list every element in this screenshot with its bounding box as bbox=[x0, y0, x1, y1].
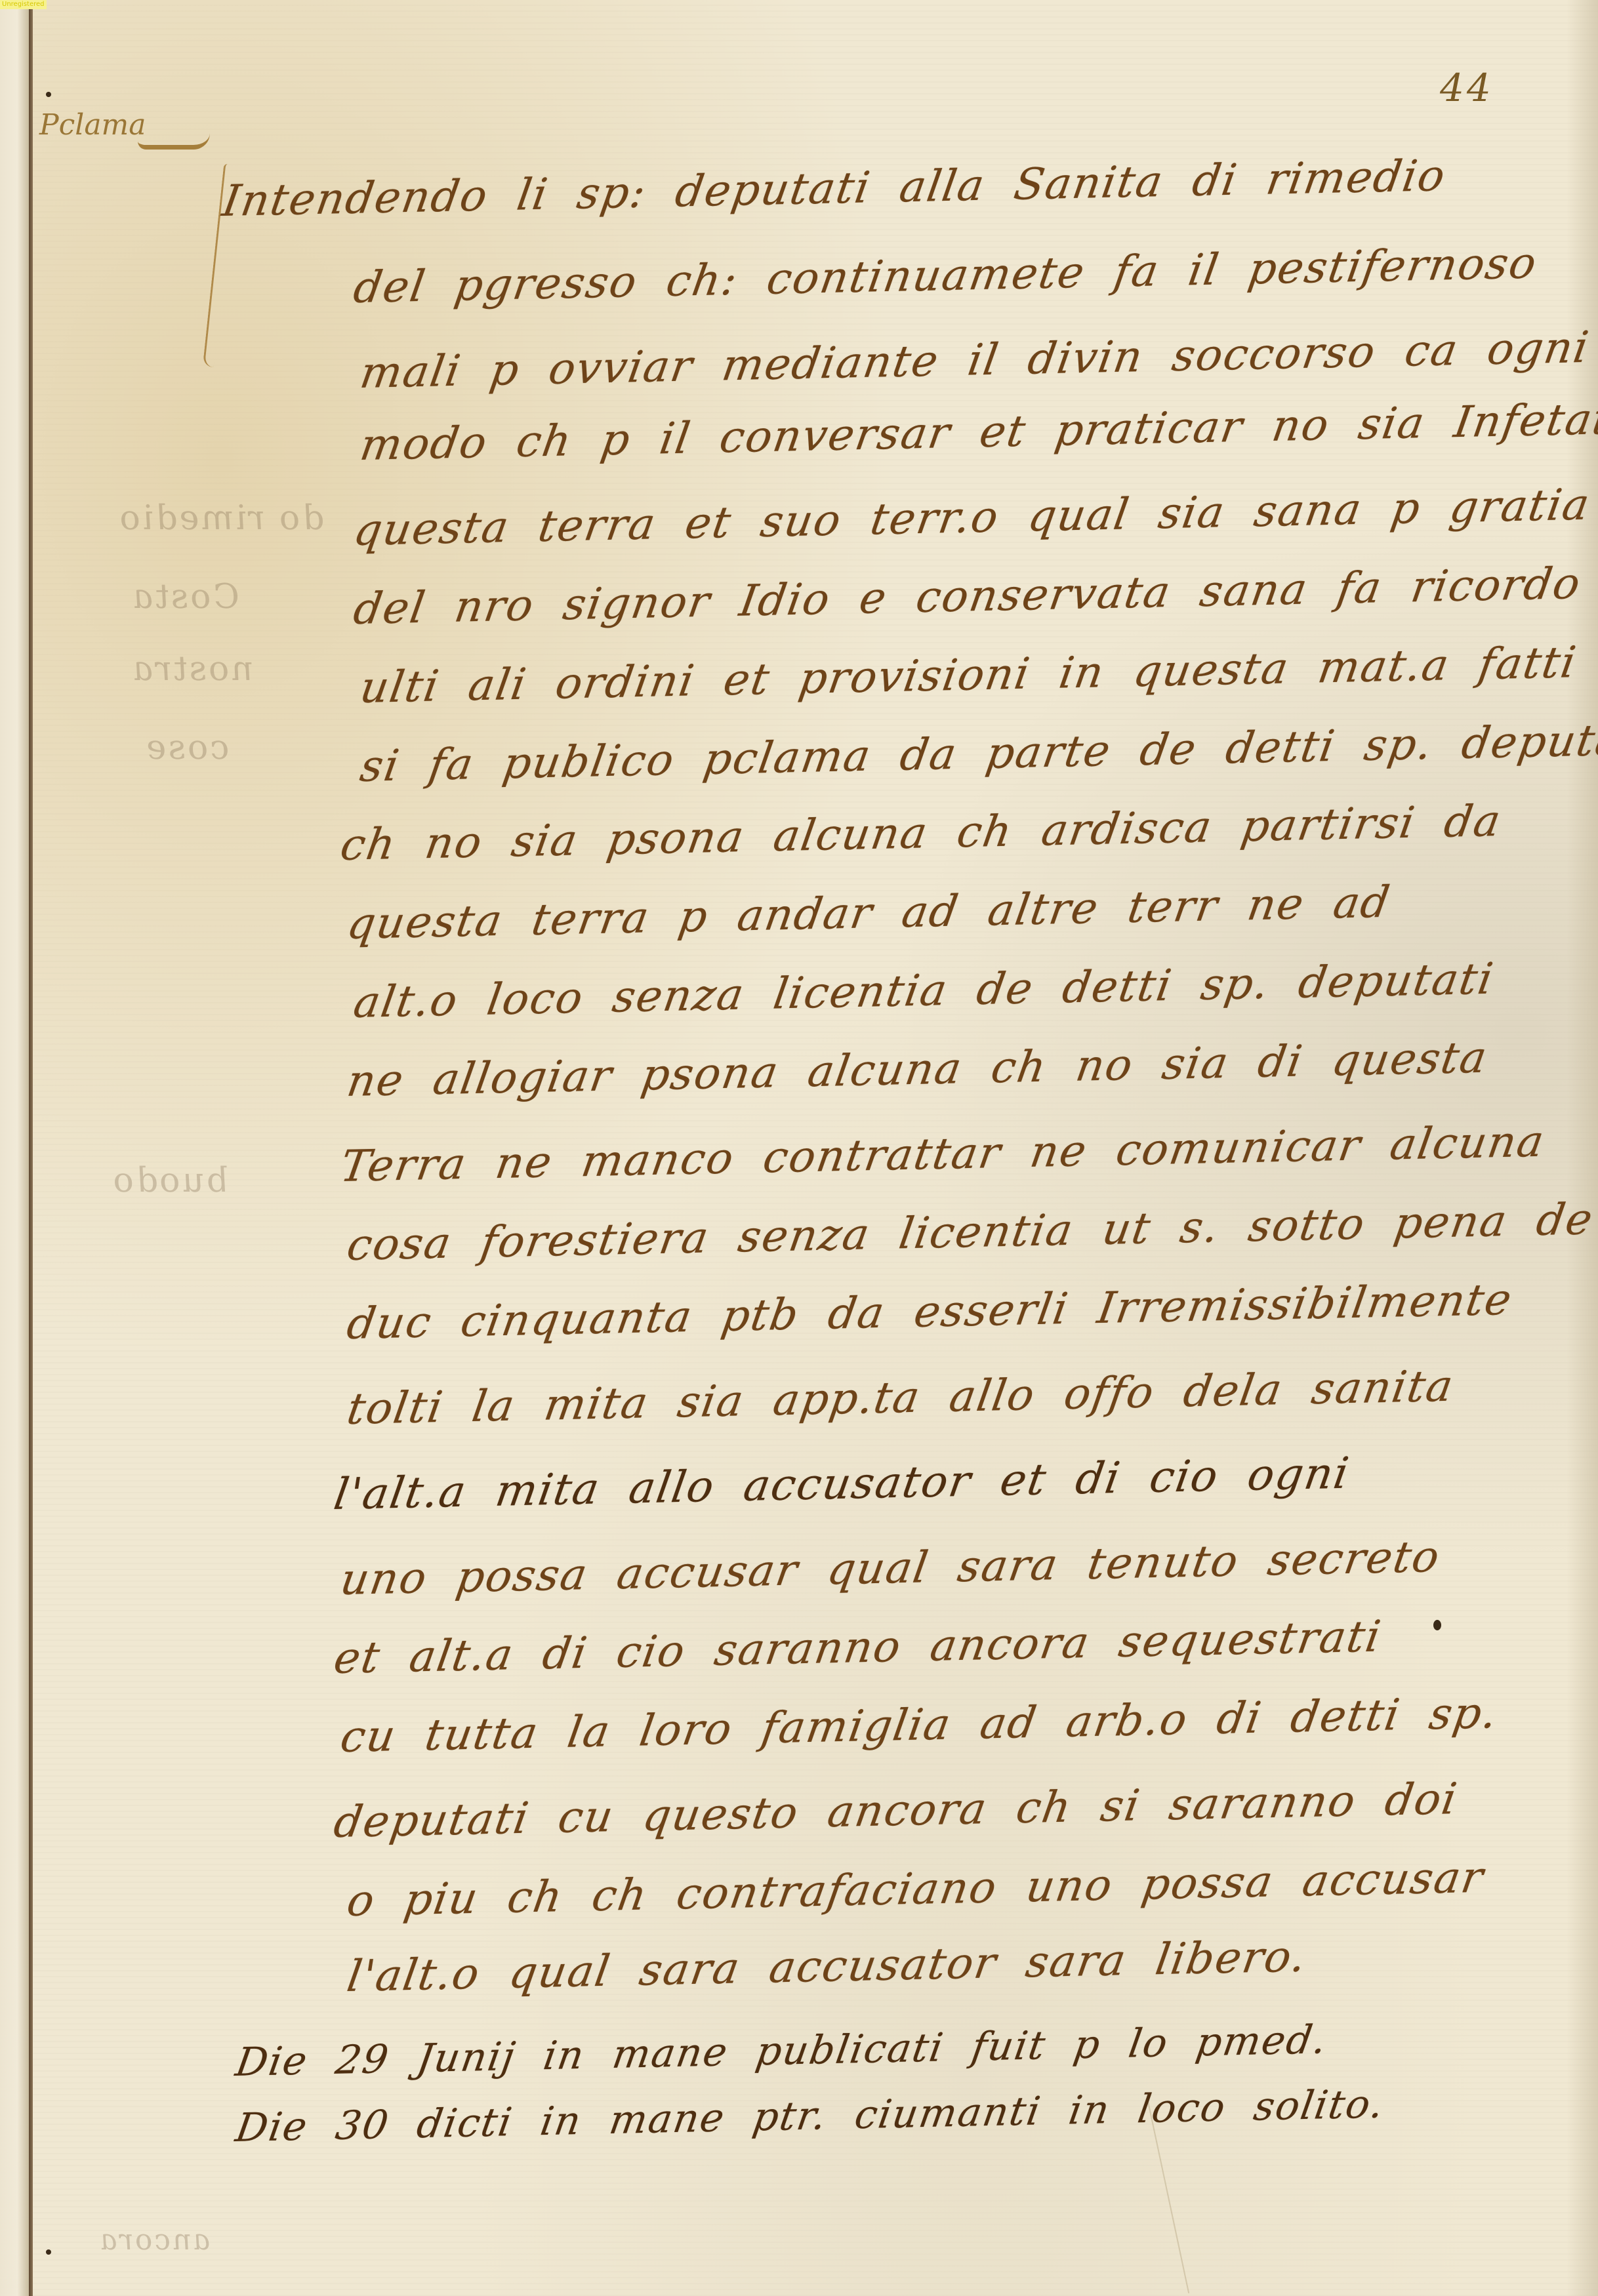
bleed-through-text: Costa bbox=[129, 577, 242, 616]
bleed-through-text: nostra bbox=[129, 649, 256, 689]
bleed-through-text: cose bbox=[142, 728, 232, 767]
ink-spot bbox=[46, 2249, 51, 2255]
bleed-through-text: do rimedio bbox=[115, 498, 327, 538]
bleed-through-text: buodo bbox=[109, 1161, 231, 1200]
margin-note: Pclama bbox=[39, 108, 146, 142]
bleed-through-text: ancora bbox=[96, 2223, 213, 2257]
binding-strip bbox=[0, 0, 29, 2296]
folio-number: 44 bbox=[1440, 66, 1494, 110]
ink-spot bbox=[1433, 1620, 1441, 1630]
unregistered-watermark: Unregistered bbox=[0, 0, 47, 9]
ink-spot bbox=[46, 92, 51, 97]
